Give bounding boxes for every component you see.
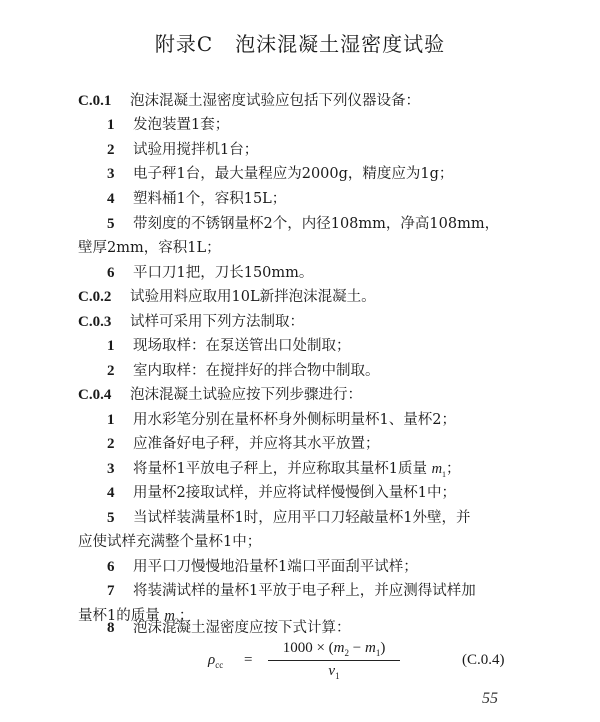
item-text: 将装满试样的量杯1平放于电子秤上，并应测得试样加 <box>133 583 476 599</box>
item-number: 2 <box>107 140 133 160</box>
list-item: 5带刻度的不锈钢量杯2个，内径108mm，净高108mm， <box>107 214 523 234</box>
list-item: 3电子秤1台，最大量程应为2000g，精度应为1g； <box>107 164 523 184</box>
item-number: 7 <box>107 581 133 601</box>
item-text: 当试样装满量杯1时，应用平口刀轻敲量杯1外壁，并 <box>133 510 470 526</box>
item-number: 2 <box>107 361 133 381</box>
item-text: 室内取样：在搅拌好的拌合物中制取。 <box>133 363 380 379</box>
clause-c02: C.0.2试验用料应取用10L新拌泡沫混凝土。 <box>78 287 523 307</box>
item-text: 用量杯2接取试样，并应将试样慢慢倒入量杯1中； <box>133 485 456 501</box>
clause-number: C.0.4 <box>78 385 130 405</box>
appendix-label: 附录C <box>155 32 213 56</box>
item-number: 5 <box>107 508 133 528</box>
clause-number: C.0.2 <box>78 287 130 307</box>
clause-c04: C.0.4泡沫混凝土试验应按下列步骤进行： <box>78 385 523 405</box>
list-item: 6用平口刀慢慢地沿量杯1端口平面刮平试样； <box>107 557 523 577</box>
item-continuation: 壁厚2mm，容积1L； <box>78 238 523 258</box>
list-item: 2试验用搅拌机1台； <box>107 140 523 160</box>
item-text: 用平口刀慢慢地沿量杯1端口平面刮平试样； <box>133 559 418 575</box>
formula-numerator: 1000 × (m2 − m1) <box>268 640 400 661</box>
item-text: 塑料桶1个，容积15L； <box>133 191 286 207</box>
math-variable: m1 <box>432 461 446 477</box>
item-text: 发泡装置1套； <box>133 117 229 133</box>
list-item: 2室内取样：在搅拌好的拌合物中制取。 <box>107 361 523 381</box>
list-item: 2应准备好电子秤，并应将其水平放置； <box>107 434 523 454</box>
clause-text: 泡沫混凝土湿密度试验应包括下列仪器设备： <box>130 93 420 109</box>
item-number: 8 <box>107 618 133 638</box>
item-number: 6 <box>107 557 133 577</box>
item-text: 将量杯1平放电子秤上，并应称取其量杯1质量 <box>133 461 427 477</box>
item-text: 用水彩笔分别在量杯杯身外侧标明量杯1、量杯2； <box>133 412 456 428</box>
item-text: 平口刀1把，刀长150mm。 <box>133 265 313 281</box>
list-item: 8泡沫混凝土湿密度应按下式计算： <box>107 618 523 638</box>
clause-text: 泡沫混凝土试验应按下列步骤进行： <box>130 387 362 403</box>
item-number: 4 <box>107 189 133 209</box>
clause-text: 试验用料应取用10L新拌泡沫混凝土。 <box>130 289 376 305</box>
item-number: 4 <box>107 483 133 503</box>
list-item: 6平口刀1把，刀长150mm。 <box>107 263 523 283</box>
item-text: 现场取样：在泵送管出口处制取； <box>133 338 351 354</box>
appendix-title: 附录C泡沫混凝土湿密度试验 <box>0 28 600 57</box>
item-number: 3 <box>107 164 133 184</box>
list-item: 3将量杯1平放电子秤上，并应称取其量杯1质量 m1； <box>107 459 523 485</box>
equation-number: (C.0.4) <box>462 652 505 669</box>
page-number: 55 <box>482 690 498 708</box>
item-number: 1 <box>107 115 133 135</box>
item-text: 试验用搅拌机1台； <box>133 142 258 158</box>
formula-equals: = <box>244 652 252 669</box>
clause-number: C.0.3 <box>78 312 130 332</box>
list-item: 1现场取样：在泵送管出口处制取； <box>107 336 523 356</box>
item-number: 5 <box>107 214 133 234</box>
item-number: 1 <box>107 410 133 430</box>
formula-lhs: ρcc <box>208 652 223 670</box>
list-item: 5当试样装满量杯1时，应用平口刀轻敲量杯1外壁，并 <box>107 508 523 528</box>
clause-text: 试样可采用下列方法制取： <box>130 314 304 330</box>
item-number: 1 <box>107 336 133 356</box>
formula-denominator: v1 <box>268 661 400 681</box>
clause-c03: C.0.3试样可采用下列方法制取： <box>78 312 523 332</box>
item-text: 应准备好电子秤，并应将其水平放置； <box>133 436 380 452</box>
item-number: 2 <box>107 434 133 454</box>
clause-c01: C.0.1泡沫混凝土湿密度试验应包括下列仪器设备： <box>78 91 523 111</box>
list-item: 4塑料桶1个，容积15L； <box>107 189 523 209</box>
item-text: 带刻度的不锈钢量杯2个，内径108mm，净高108mm， <box>133 216 499 232</box>
item-text: 电子秤1台，最大量程应为2000g，精度应为1g； <box>133 166 453 182</box>
list-item: 7将装满试样的量杯1平放于电子秤上，并应测得试样加 <box>107 581 523 601</box>
list-item: 4用量杯2接取试样，并应将试样慢慢倒入量杯1中； <box>107 483 523 503</box>
clause-number: C.0.1 <box>78 91 130 111</box>
item-continuation: 应使试样充满整个量杯1中； <box>78 532 523 552</box>
item-number: 6 <box>107 263 133 283</box>
list-item: 1发泡装置1套； <box>107 115 523 135</box>
appendix-heading: 泡沫混凝土湿密度试验 <box>235 32 445 56</box>
item-number: 3 <box>107 459 133 479</box>
formula-fraction: 1000 × (m2 − m1) v1 <box>268 640 400 681</box>
item-text: 泡沫混凝土湿密度应按下式计算： <box>133 620 351 636</box>
list-item: 1用水彩笔分别在量杯杯身外侧标明量杯1、量杯2； <box>107 410 523 430</box>
